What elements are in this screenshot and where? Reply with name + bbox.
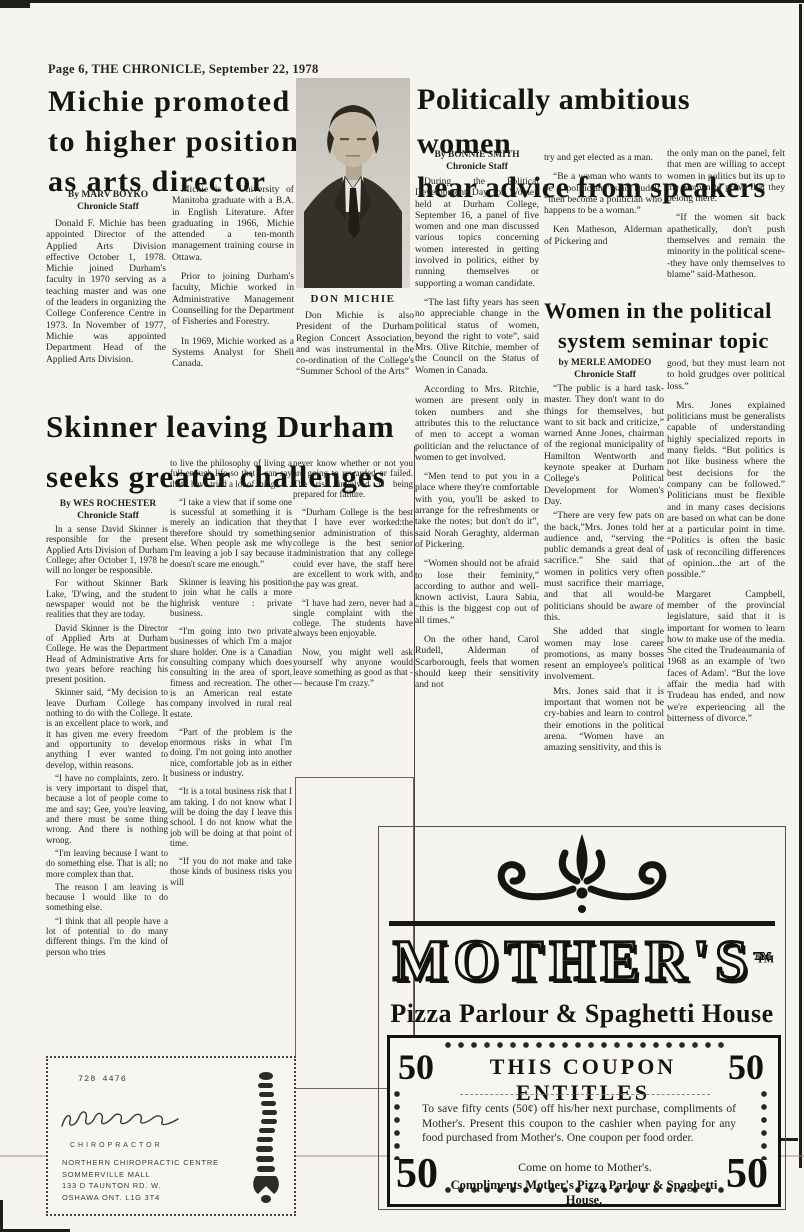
seminar-headline-line1: Women in the political — [544, 296, 786, 326]
political-byline-staff: Chronicle Staff — [415, 162, 539, 174]
scan-artifact-top-left — [0, 0, 30, 8]
paragraph: Michie is a University of Manitoba gradu… — [172, 184, 294, 263]
paragraph: the only man on the panel, felt that men… — [667, 148, 785, 204]
skinner-headline-line1: Skinner leaving Durham — [46, 402, 418, 452]
skinner-byline: By WES ROCHESTER Chronicle Staff — [46, 499, 170, 522]
paragraph: NORTHERN CHIROPRACTIC CENTRE — [62, 1158, 242, 1167]
paragraph: “I have no complaints, zero. It is very … — [46, 773, 168, 845]
mothers-trademark: TM — [753, 951, 771, 963]
coupon-fifty-bottom-right: 50 — [726, 1150, 768, 1198]
paragraph: “Men tend to put you in a place where th… — [415, 471, 539, 550]
paragraph: Mrs. Jones said that it is important tha… — [544, 686, 664, 754]
michie-column-2: Michie is a University of Manitoba gradu… — [172, 184, 294, 377]
paragraph: “The last fifty years has seen no apprec… — [415, 297, 539, 376]
political-column-3: the only man on the panel, felt that men… — [667, 148, 785, 288]
chiropractor-signature — [58, 1106, 188, 1134]
coupon-ornament-top — [442, 1041, 726, 1050]
coupon-header: THIS COUPON ENTITLES — [438, 1054, 728, 1106]
michie-byline: By MARV BOYKO Chronicle Staff — [46, 190, 170, 213]
coupon-fifty-top-right: 50 — [728, 1046, 764, 1088]
mothers-coupon: 50 THIS COUPON ENTITLES 50 To save fifty… — [387, 1035, 781, 1207]
paragraph: 133 D TAUNTON RD. W. — [62, 1181, 242, 1190]
paragraph: “The public is a hard task-master. They … — [544, 383, 664, 507]
paragraph: In 1969, Michie worked as a Systems Anal… — [172, 336, 294, 370]
paragraph: Prior to joining Durham's faculty, Michi… — [172, 271, 294, 327]
political-column-2: try and get elected as a man.“Be a woman… — [544, 152, 662, 255]
coupon-compliments: Compliments Mother's Pizza Parlour & Spa… — [442, 1178, 726, 1208]
paragraph: “Women should not be afraid to lose thei… — [415, 558, 539, 626]
paragraph: According to Mrs. Ritchie, women are pre… — [415, 384, 539, 463]
paragraph: During the Political Development Day for… — [415, 176, 539, 289]
paragraph: Donald F. Michie has been appointed Dire… — [46, 218, 166, 365]
seminar-byline: by MERLE AMODEO Chronicle Staff — [544, 358, 666, 381]
mothers-tagline: Pizza Parlour & Spaghetti House — [379, 999, 785, 1029]
skinner-column-2: to live the philosophy of living a full … — [170, 458, 292, 895]
michie-byline-staff: Chronicle Staff — [46, 202, 170, 214]
paragraph: never know whether or not you are going … — [293, 458, 413, 499]
spine-icon — [246, 1068, 286, 1206]
seminar-column-2: good, but they must learn not to hold gr… — [667, 358, 785, 732]
newspaper-page: Page 6, THE CHRONICLE, September 22, 197… — [0, 0, 804, 1232]
paragraph: The reason I am leaving is because I wou… — [46, 882, 168, 913]
paragraph: Margaret Campbell, member of the provinc… — [667, 589, 785, 725]
scan-artifact-right — [799, 4, 802, 1168]
michie-photo-column: Don Michie is also President of the Durh… — [296, 310, 414, 381]
paragraph: Skinner said, “My decision to leave Durh… — [46, 687, 168, 769]
paragraph: Ken Matheson, Alderman of Pickering and — [544, 224, 662, 247]
paragraph: OSHAWA ONT. L1G 3T4 — [62, 1193, 242, 1202]
page-masthead: Page 6, THE CHRONICLE, September 22, 197… — [48, 62, 478, 77]
paragraph: Now, you might well ask yourself why any… — [293, 647, 413, 688]
political-column-1: During the Political Development Day for… — [415, 176, 539, 698]
paragraph: “I'm going into two private businesses o… — [170, 626, 292, 719]
paragraph: She added that single women may lose car… — [544, 626, 664, 682]
paragraph: “I have had zero, never had a single com… — [293, 598, 413, 639]
paragraph: David Skinner is the Director of Applied… — [46, 623, 168, 685]
portrait-photo-graphic — [296, 78, 410, 288]
paragraph: “I take a view that if some one is suces… — [170, 497, 292, 569]
paragraph: to live the philosophy of living a full … — [170, 458, 292, 489]
coupon-slogan: Come on home to Mother's. — [450, 1160, 720, 1175]
paragraph: “There are very few pats on the back,”Mr… — [544, 510, 664, 623]
logo-rule — [389, 921, 775, 926]
fleur-ornament-icon — [477, 831, 687, 923]
paragraph: “I think that all people have a lot of p… — [46, 916, 168, 957]
seminar-byline-author: by MERLE AMODEO — [544, 358, 666, 370]
paragraph: For without Skinner Bark Lake, 'D'wing, … — [46, 578, 168, 619]
paragraph: SOMMERVILLE MALL — [62, 1170, 242, 1179]
michie-headline-line2: to higher position — [48, 122, 303, 162]
paragraph: Mrs. Jones explained politicians must be… — [667, 400, 785, 581]
chiropractor-title: CHIROPRACTOR — [70, 1142, 163, 1149]
skinner-byline-author: By WES ROCHESTER — [46, 499, 170, 511]
skinner-column-3: never know whether or not you are going … — [293, 458, 413, 696]
coupon-body-text: To save fifty cents (50¢) off his/her ne… — [422, 1102, 736, 1146]
seminar-headline-line2: system seminar topic — [544, 326, 786, 356]
paragraph: On the other hand, Carol Rudell, Alderma… — [415, 634, 539, 690]
skinner-byline-staff: Chronicle Staff — [46, 511, 170, 523]
coupon-fifty-bottom-left: 50 — [396, 1150, 438, 1198]
seminar-headline: Women in the political system seminar to… — [544, 296, 786, 356]
photo-caption: DON MICHIE — [296, 293, 410, 305]
seminar-column-1: “The public is a hard task-master. They … — [544, 383, 664, 757]
paragraph: Don Michie is also President of the Durh… — [296, 310, 414, 378]
political-byline-author: By BONNIE SMITH — [415, 150, 539, 162]
paragraph: “If you do not make and take those kinds… — [170, 856, 292, 887]
paragraph: “If the women sit back apathetically, do… — [667, 212, 785, 280]
paragraph: good, but they must learn not to hold gr… — [667, 358, 785, 392]
paragraph: Skinner is leaving his position to join … — [170, 577, 292, 618]
mothers-brand-text: MOTHER'S — [393, 928, 754, 993]
chiropractor-address: NORTHERN CHIROPRACTIC CENTRESOMMERVILLE … — [62, 1158, 242, 1204]
paragraph: “Part of the problem is the enormous ris… — [170, 727, 292, 778]
scan-artifact-top — [0, 0, 804, 3]
coupon-fifty-top-left: 50 — [398, 1046, 434, 1088]
political-byline: By BONNIE SMITH Chronicle Staff — [415, 150, 539, 173]
michie-headline-line1: Michie promoted — [48, 82, 303, 122]
chiropractor-ad: 728 4476 CHIROPRACTOR NORTHERN CHIROPRAC… — [46, 1056, 296, 1216]
paragraph: “Be a woman who wants to be a politician… — [544, 171, 662, 216]
mothers-brand: MOTHER'STM — [379, 927, 785, 994]
michie-column-1: Donald F. Michie has been appointed Dire… — [46, 218, 166, 368]
paragraph: “I'm leaving because I want to do someth… — [46, 848, 168, 879]
chiropractor-phone: 728 4476 — [78, 1074, 127, 1084]
paragraph: “It is a total business risk that I am t… — [170, 786, 292, 848]
scan-artifact-bottom-left — [0, 1200, 3, 1232]
michie-byline-author: By MARV BOYKO — [46, 190, 170, 202]
coupon-divider — [460, 1094, 710, 1095]
paragraph: “Durham College is the best that I have … — [293, 507, 413, 589]
paragraph: In a sense David Skinner is responsible … — [46, 524, 168, 575]
mothers-ad: MOTHER'STM Pizza Parlour & Spaghetti Hou… — [378, 826, 786, 1210]
paragraph: try and get elected as a man. — [544, 152, 662, 163]
don-michie-photo — [296, 78, 410, 288]
skinner-column-1: In a sense David Skinner is responsible … — [46, 524, 168, 960]
seminar-byline-staff: Chronicle Staff — [544, 370, 666, 382]
